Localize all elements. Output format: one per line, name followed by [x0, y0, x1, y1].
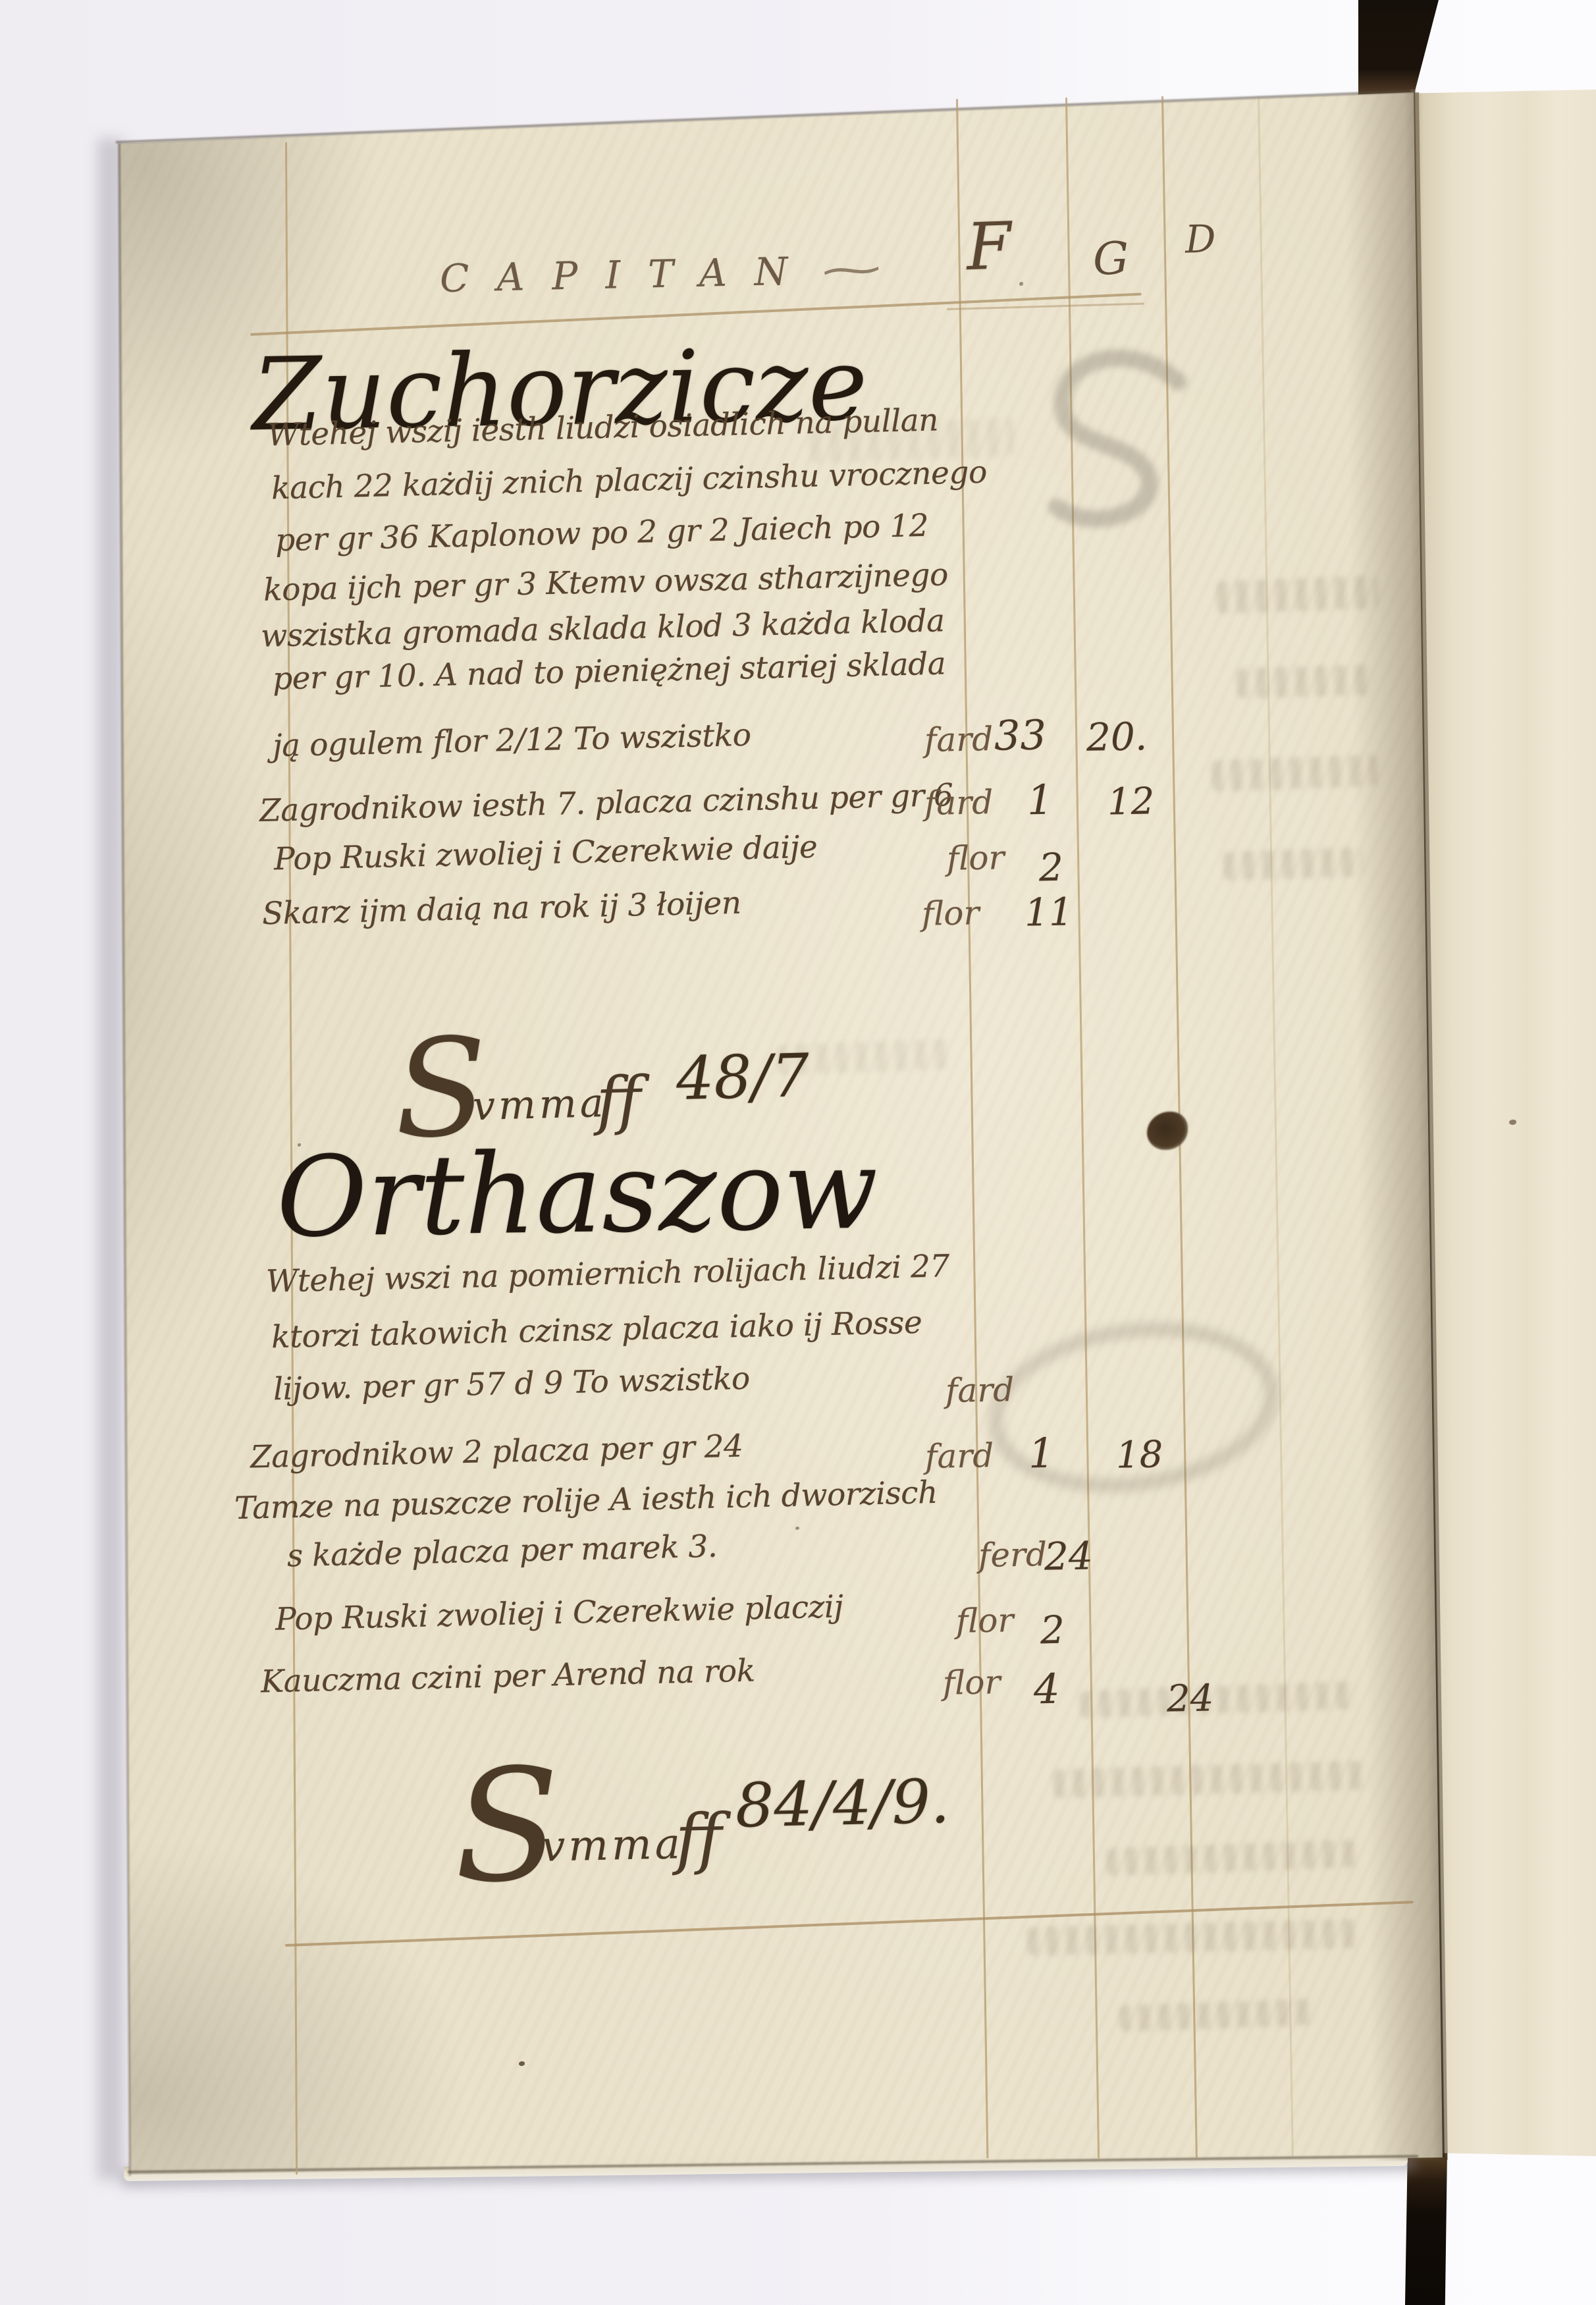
binding-ribbon-bottom — [1405, 2152, 1447, 2305]
summa-ff-sign: ff — [596, 1068, 643, 1133]
header-flourish: ~ — [812, 249, 891, 290]
section1-row8-value-f: 1 — [1026, 780, 1053, 821]
section2-summa: S vmma ff 84/4/9. — [452, 1740, 930, 1941]
ghost-text-bleed — [1223, 848, 1363, 881]
section1-row7-value-g: 20. — [1086, 717, 1148, 757]
section2-row4-unit: fard — [925, 1439, 994, 1473]
ghost-mirrored-initial — [1034, 342, 1218, 540]
section2-row7-value-f: 4 — [1033, 1669, 1060, 1710]
ghost-text-bleed — [1236, 664, 1371, 698]
ink-speck — [795, 1527, 799, 1530]
column-header-d: D — [1184, 219, 1216, 258]
section2-entry: s każde placza per marek 3. — [287, 1531, 718, 1572]
section2-row7-unit: flor — [943, 1666, 1001, 1700]
summa-word: vmma — [472, 1083, 607, 1126]
section1-row10-value-f: 11 — [1024, 892, 1073, 931]
section2-row5-value-f: 24 — [1044, 1536, 1093, 1575]
column-header-g: G — [1092, 236, 1129, 282]
section1-row8-unit: fard — [924, 786, 994, 820]
section2-heading: Orthaszow — [276, 1134, 879, 1253]
summa-word: vmma — [541, 1823, 683, 1868]
section2-row7-value-g: 24 — [1167, 1680, 1214, 1718]
ink-speck — [1019, 282, 1023, 286]
ink-speck — [1509, 1120, 1516, 1125]
summa-ff-sign: ff — [675, 1805, 723, 1872]
section1-row10-unit: flor — [922, 896, 980, 931]
summa-value: 48/7 — [676, 1046, 810, 1109]
section2-row6-value-f: 2 — [1040, 1611, 1065, 1650]
ghost-text-bleed — [1216, 576, 1379, 614]
ghost-text-bleed — [1211, 755, 1378, 792]
column-header-f: F — [965, 214, 1012, 280]
ink-speck — [519, 2061, 525, 2066]
section1-row7-unit: fard — [924, 722, 994, 757]
section2-row3-unit: fard — [945, 1373, 1015, 1407]
section1-row7-value-f: 33 — [994, 715, 1046, 756]
manuscript-scan: CAPITAN ~ F G D Zuchorzicze Wtehej wszij… — [0, 0, 1596, 2305]
section2-row4-value-f: 1 — [1028, 1433, 1055, 1475]
binding-ribbon-top — [1358, 0, 1439, 99]
section2-row5-unit: ferd — [978, 1538, 1048, 1572]
page-title-capitan: CAPITAN — [439, 252, 815, 298]
section2-row6-unit: flor — [956, 1604, 1014, 1638]
section1-row8-value-g: 12 — [1107, 783, 1155, 821]
summa-value: 84/4/9. — [735, 1772, 950, 1837]
section2-row4-value-g: 18 — [1116, 1436, 1163, 1474]
section1-row9-unit: flor — [947, 841, 1005, 875]
section1-row9-value-f: 2 — [1038, 848, 1063, 887]
